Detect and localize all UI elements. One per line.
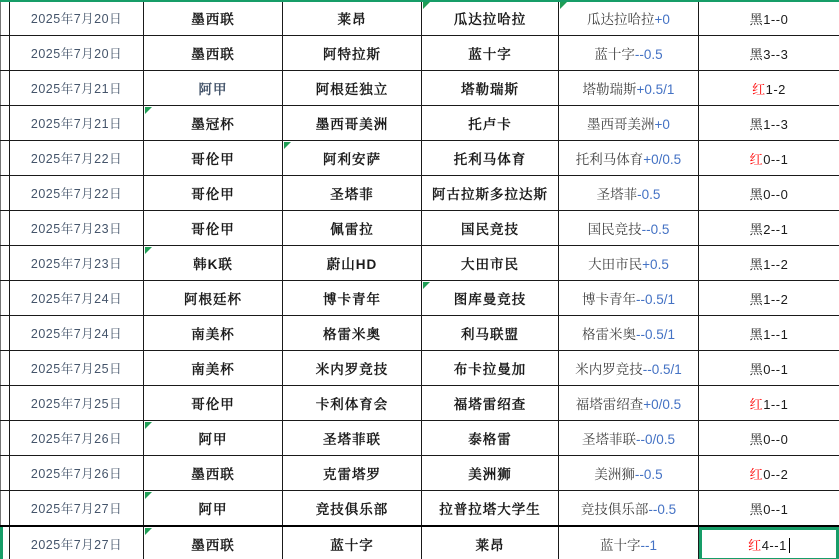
handicap-value-text: +0.5 xyxy=(642,257,669,272)
handicap-team-text: 美洲狮 xyxy=(594,467,635,482)
handicap-value-text: --0.5 xyxy=(648,502,676,517)
result-flag-text: 红 xyxy=(748,538,762,553)
cell-league[interactable]: 阿甲 xyxy=(144,71,283,106)
cell-handicap[interactable]: 墨西哥美洲+0 xyxy=(559,106,699,141)
error-indicator-triangle xyxy=(145,247,152,254)
handicap-value-text: +0/0.5 xyxy=(643,397,681,412)
table-row: 2025年7月23日哥伦甲佩雷拉国民竞技国民竞技--0.5黑2--1 xyxy=(1,211,839,246)
home-team-text: 阿根廷独立 xyxy=(316,82,389,97)
cell-date[interactable]: 2025年7月26日 xyxy=(10,421,144,456)
cell-result[interactable]: 黑2--1 xyxy=(699,211,839,246)
date-text: 2025年7月27日 xyxy=(31,538,122,552)
date-text: 2025年7月27日 xyxy=(31,502,122,516)
cell-away-team[interactable]: 莱昂 xyxy=(422,526,559,559)
result-score-text: 1-2 xyxy=(766,82,786,97)
date-text: 2025年7月24日 xyxy=(31,327,122,341)
cell-away-team[interactable]: 拉普拉塔大学生 xyxy=(422,491,559,527)
error-indicator-triangle xyxy=(145,422,152,429)
handicap-team-text: 米内罗竞技 xyxy=(575,362,643,377)
cell-result[interactable]: 黑1--0 xyxy=(699,1,839,36)
top-selection-edge-line xyxy=(0,0,839,2)
handicap-value-text: -0.5 xyxy=(637,187,660,202)
gutter-cell[interactable] xyxy=(1,456,10,491)
handicap-team-text: 圣塔菲 xyxy=(597,187,638,202)
home-team-text: 克雷塔罗 xyxy=(323,467,381,482)
cell-result[interactable]: 红4--1 xyxy=(699,526,839,559)
match-results-table: 2025年7月20日墨西联莱昂瓜达拉哈拉瓜达拉哈拉+0黑1--02025年7月2… xyxy=(0,0,839,559)
cell-date[interactable]: 2025年7月27日 xyxy=(10,491,144,527)
cell-home-team[interactable]: 莱昂 xyxy=(283,1,422,36)
cell-handicap[interactable]: 托利马体育+0/0.5 xyxy=(559,141,699,176)
gutter-cell[interactable] xyxy=(1,246,10,281)
away-team-text: 瓜达拉哈拉 xyxy=(454,12,527,27)
cell-league[interactable]: 阿根廷杯 xyxy=(144,281,283,316)
table-row: 2025年7月21日墨冠杯墨西哥美洲托卢卡墨西哥美洲+0黑1--3 xyxy=(1,106,839,141)
cell-league[interactable]: 墨西联 xyxy=(144,36,283,71)
cell-away-team[interactable]: 托卢卡 xyxy=(422,106,559,141)
cell-date[interactable]: 2025年7月21日 xyxy=(10,71,144,106)
error-indicator-triangle xyxy=(145,107,152,114)
league-text: 南美杯 xyxy=(191,362,235,377)
league-text: 哥伦甲 xyxy=(191,187,235,202)
cell-date[interactable]: 2025年7月22日 xyxy=(10,141,144,176)
away-team-text: 托卢卡 xyxy=(468,117,512,132)
home-team-text: 阿特拉斯 xyxy=(323,47,381,62)
table-row: 2025年7月27日阿甲竞技俱乐部拉普拉塔大学生竞技俱乐部--0.5黑0--1 xyxy=(1,491,839,527)
text-cursor xyxy=(789,538,790,553)
result-score-text: 0--1 xyxy=(763,152,788,167)
away-team-text: 蓝十字 xyxy=(468,47,512,62)
cell-handicap[interactable]: 圣塔菲联--0/0.5 xyxy=(559,421,699,456)
date-text: 2025年7月20日 xyxy=(31,47,122,61)
handicap-value-text: --0/0.5 xyxy=(636,432,675,447)
cell-handicap[interactable]: 塔勒瑞斯+0.5/1 xyxy=(559,71,699,106)
result-score-text: 0--2 xyxy=(763,467,788,482)
date-text: 2025年7月22日 xyxy=(31,152,122,166)
result-flag-text: 红 xyxy=(752,82,766,97)
home-team-text: 蔚山HD xyxy=(327,257,378,272)
table-row: 2025年7月26日墨西联克雷塔罗美洲狮美洲狮--0.5红0--2 xyxy=(1,456,839,491)
away-team-text: 莱昂 xyxy=(476,538,505,553)
handicap-team-text: 圣塔菲联 xyxy=(582,432,636,447)
date-text: 2025年7月23日 xyxy=(31,257,122,271)
handicap-team-text: 大田市民 xyxy=(588,257,642,272)
result-flag-text: 黑 xyxy=(750,12,764,27)
league-text: 墨西联 xyxy=(191,538,235,553)
cell-date[interactable]: 2025年7月24日 xyxy=(10,316,144,351)
home-team-text: 博卡青年 xyxy=(323,292,381,307)
handicap-value-text: --0.5 xyxy=(635,47,663,62)
result-flag-text: 红 xyxy=(750,467,764,482)
league-text: 阿甲 xyxy=(199,432,228,447)
spreadsheet-viewport: 2025年7月20日墨西联莱昂瓜达拉哈拉瓜达拉哈拉+0黑1--02025年7月2… xyxy=(0,0,839,559)
home-team-text: 蓝十字 xyxy=(330,538,374,553)
cell-result[interactable]: 黑0--1 xyxy=(699,491,839,527)
handicap-value-text: +0 xyxy=(655,117,670,132)
handicap-team-text: 竞技俱乐部 xyxy=(581,502,649,517)
cell-league[interactable]: 阿甲 xyxy=(144,421,283,456)
handicap-value-text: --1 xyxy=(641,538,658,553)
table-row: 2025年7月20日墨西联莱昂瓜达拉哈拉瓜达拉哈拉+0黑1--0 xyxy=(1,1,839,36)
result-score-text: 0--1 xyxy=(763,362,788,377)
date-text: 2025年7月24日 xyxy=(31,292,122,306)
cell-away-team[interactable]: 泰格雷 xyxy=(422,421,559,456)
away-team-text: 拉普拉塔大学生 xyxy=(439,502,541,517)
home-team-text: 卡利体育会 xyxy=(316,397,389,412)
error-indicator-triangle xyxy=(145,492,152,499)
cell-date[interactable]: 2025年7月23日 xyxy=(10,211,144,246)
result-flag-text: 红 xyxy=(750,397,764,412)
gutter-cell[interactable] xyxy=(1,211,10,246)
cell-home-team[interactable]: 格雷米奥 xyxy=(283,316,422,351)
cell-result[interactable]: 红1-2 xyxy=(699,71,839,106)
date-text: 2025年7月22日 xyxy=(31,187,122,201)
away-team-text: 托利马体育 xyxy=(454,152,527,167)
cell-away-team[interactable]: 托利马体育 xyxy=(422,141,559,176)
away-team-text: 国民竞技 xyxy=(461,222,519,237)
home-team-text: 阿利安萨 xyxy=(323,152,381,167)
cell-date[interactable]: 2025年7月21日 xyxy=(10,106,144,141)
handicap-team-text: 蓝十字 xyxy=(600,538,641,553)
home-team-text: 圣塔菲 xyxy=(330,187,374,202)
error-indicator-triangle xyxy=(145,528,152,535)
date-text: 2025年7月25日 xyxy=(31,397,122,411)
handicap-team-text: 托利马体育 xyxy=(576,152,644,167)
table-row: 2025年7月24日阿根廷杯博卡青年图库曼竞技博卡青年--0.5/1黑1--2 xyxy=(1,281,839,316)
table-row: 2025年7月26日阿甲圣塔菲联泰格雷圣塔菲联--0/0.5黑0--0 xyxy=(1,421,839,456)
result-score-text: 1--1 xyxy=(763,327,788,342)
cell-league[interactable]: 哥伦甲 xyxy=(144,176,283,211)
cell-result[interactable]: 黑0--1 xyxy=(699,351,839,386)
cell-home-team[interactable]: 阿利安萨 xyxy=(283,141,422,176)
cell-home-team[interactable]: 克雷塔罗 xyxy=(283,456,422,491)
league-text: 韩K联 xyxy=(193,257,233,272)
cell-handicap[interactable]: 美洲狮--0.5 xyxy=(559,456,699,491)
cell-home-team[interactable]: 圣塔菲联 xyxy=(283,421,422,456)
handicap-team-text: 蓝十字 xyxy=(594,47,635,62)
cell-home-team[interactable]: 蓝十字 xyxy=(283,526,422,559)
cell-league[interactable]: 韩K联 xyxy=(144,246,283,281)
cell-date[interactable]: 2025年7月20日 xyxy=(10,36,144,71)
away-team-text: 布卡拉曼加 xyxy=(454,362,527,377)
home-team-text: 格雷米奥 xyxy=(323,327,381,342)
handicap-team-text: 国民竞技 xyxy=(588,222,642,237)
result-score-text: 0--0 xyxy=(763,432,788,447)
left-selection-edge-line xyxy=(0,527,3,559)
cell-home-team[interactable]: 米内罗竞技 xyxy=(283,351,422,386)
gutter-cell[interactable] xyxy=(1,141,10,176)
result-flag-text: 黑 xyxy=(750,117,764,132)
league-text: 墨西联 xyxy=(191,12,235,27)
table-row: 2025年7月25日南美杯米内罗竞技布卡拉曼加米内罗竞技--0.5/1黑0--1 xyxy=(1,351,839,386)
home-team-text: 佩雷拉 xyxy=(330,222,374,237)
league-text: 哥伦甲 xyxy=(191,397,235,412)
cell-handicap[interactable]: 圣塔菲-0.5 xyxy=(559,176,699,211)
table-row: 2025年7月27日墨西联蓝十字莱昂蓝十字--1红4--1 xyxy=(1,526,839,559)
cell-date[interactable]: 2025年7月25日 xyxy=(10,351,144,386)
home-team-text: 竞技俱乐部 xyxy=(316,502,389,517)
cell-league[interactable]: 哥伦甲 xyxy=(144,211,283,246)
cell-away-team[interactable]: 利马联盟 xyxy=(422,316,559,351)
result-flag-text: 黑 xyxy=(750,257,764,272)
cell-league[interactable]: 墨冠杯 xyxy=(144,106,283,141)
cell-away-team[interactable]: 瓜达拉哈拉 xyxy=(422,1,559,36)
cell-home-team[interactable]: 卡利体育会 xyxy=(283,386,422,421)
handicap-team-text: 福塔雷绍查 xyxy=(576,397,644,412)
cell-result[interactable]: 红1--1 xyxy=(699,386,839,421)
cell-date[interactable]: 2025年7月23日 xyxy=(10,246,144,281)
gutter-cell[interactable] xyxy=(1,351,10,386)
cell-league[interactable]: 南美杯 xyxy=(144,316,283,351)
cell-away-team[interactable]: 国民竞技 xyxy=(422,211,559,246)
result-flag-text: 黑 xyxy=(750,292,764,307)
cell-handicap[interactable]: 竞技俱乐部--0.5 xyxy=(559,491,699,527)
league-text: 墨西联 xyxy=(191,47,235,62)
cell-league[interactable]: 墨西联 xyxy=(144,526,283,559)
away-team-text: 福塔雷绍查 xyxy=(454,397,527,412)
cell-league[interactable]: 阿甲 xyxy=(144,491,283,527)
cell-home-team[interactable]: 佩雷拉 xyxy=(283,211,422,246)
league-text: 墨西联 xyxy=(191,467,235,482)
result-flag-text: 黑 xyxy=(750,432,764,447)
cell-result[interactable]: 黑0--0 xyxy=(699,421,839,456)
cell-home-team[interactable]: 竞技俱乐部 xyxy=(283,491,422,527)
handicap-value-text: --0.5/1 xyxy=(643,362,682,377)
away-team-text: 泰格雷 xyxy=(468,432,512,447)
error-indicator-triangle xyxy=(423,282,430,289)
away-team-text: 利马联盟 xyxy=(461,327,519,342)
handicap-value-text: --0.5/1 xyxy=(636,292,675,307)
handicap-team-text: 博卡青年 xyxy=(582,292,636,307)
league-text: 阿根廷杯 xyxy=(184,292,242,307)
home-team-text: 莱昂 xyxy=(338,12,367,27)
date-text: 2025年7月21日 xyxy=(31,117,122,131)
cell-date[interactable]: 2025年7月20日 xyxy=(10,1,144,36)
cell-home-team[interactable]: 阿根廷独立 xyxy=(283,71,422,106)
cell-league[interactable]: 哥伦甲 xyxy=(144,386,283,421)
result-score-text: 4--1 xyxy=(762,538,787,553)
cell-away-team[interactable]: 图库曼竞技 xyxy=(422,281,559,316)
cell-result[interactable]: 黑0--0 xyxy=(699,176,839,211)
cell-away-team[interactable]: 布卡拉曼加 xyxy=(422,351,559,386)
error-indicator-triangle xyxy=(423,2,430,9)
table-row: 2025年7月24日南美杯格雷米奥利马联盟格雷米奥--0.5/1黑1--1 xyxy=(1,316,839,351)
cell-away-team[interactable]: 阿古拉斯多拉达斯 xyxy=(422,176,559,211)
league-text: 阿甲 xyxy=(199,502,228,517)
result-score-text: 0--1 xyxy=(763,502,788,517)
gutter-cell[interactable] xyxy=(1,316,10,351)
table-row: 2025年7月21日阿甲阿根廷独立塔勒瑞斯塔勒瑞斯+0.5/1红1-2 xyxy=(1,71,839,106)
cell-away-team[interactable]: 大田市民 xyxy=(422,246,559,281)
handicap-value-text: +0 xyxy=(655,12,670,27)
league-text: 哥伦甲 xyxy=(191,222,235,237)
handicap-value-text: +0/0.5 xyxy=(643,152,681,167)
cell-away-team[interactable]: 塔勒瑞斯 xyxy=(422,71,559,106)
away-team-text: 塔勒瑞斯 xyxy=(461,82,519,97)
date-text: 2025年7月21日 xyxy=(31,82,122,96)
cell-result[interactable]: 黑1--3 xyxy=(699,106,839,141)
cell-handicap[interactable]: 大田市民+0.5 xyxy=(559,246,699,281)
handicap-value-text: --0.5 xyxy=(635,467,663,482)
result-flag-text: 红 xyxy=(750,152,764,167)
cell-away-team[interactable]: 蓝十字 xyxy=(422,36,559,71)
date-text: 2025年7月25日 xyxy=(31,362,122,376)
result-score-text: 1--3 xyxy=(763,117,788,132)
table-row: 2025年7月23日韩K联蔚山HD大田市民大田市民+0.5黑1--2 xyxy=(1,246,839,281)
away-team-text: 阿古拉斯多拉达斯 xyxy=(432,187,548,202)
league-text: 哥伦甲 xyxy=(191,152,235,167)
error-indicator-triangle xyxy=(284,142,291,149)
gutter-cell[interactable] xyxy=(1,491,10,527)
handicap-value-text: --0.5 xyxy=(642,222,670,237)
result-score-text: 0--0 xyxy=(763,187,788,202)
gutter-cell[interactable] xyxy=(1,1,10,36)
handicap-value-text: --0.5/1 xyxy=(636,327,675,342)
league-text: 阿甲 xyxy=(199,82,228,97)
gutter-cell[interactable] xyxy=(1,176,10,211)
cell-league[interactable]: 哥伦甲 xyxy=(144,141,283,176)
gutter-cell[interactable] xyxy=(1,386,10,421)
cell-home-team[interactable]: 阿特拉斯 xyxy=(283,36,422,71)
result-flag-text: 黑 xyxy=(750,502,764,517)
cell-date[interactable]: 2025年7月25日 xyxy=(10,386,144,421)
cell-handicap[interactable]: 蓝十字--0.5 xyxy=(559,36,699,71)
cell-date[interactable]: 2025年7月27日 xyxy=(10,526,144,559)
cell-handicap[interactable]: 瓜达拉哈拉+0 xyxy=(559,1,699,36)
cell-league[interactable]: 南美杯 xyxy=(144,351,283,386)
cell-league[interactable]: 墨西联 xyxy=(144,456,283,491)
league-text: 南美杯 xyxy=(191,327,235,342)
gutter-cell[interactable] xyxy=(1,71,10,106)
result-score-text: 2--1 xyxy=(763,222,788,237)
away-team-text: 美洲狮 xyxy=(468,467,512,482)
cell-result[interactable]: 黑1--1 xyxy=(699,316,839,351)
cell-handicap[interactable]: 国民竞技--0.5 xyxy=(559,211,699,246)
date-text: 2025年7月26日 xyxy=(31,432,122,446)
cell-date[interactable]: 2025年7月22日 xyxy=(10,176,144,211)
home-team-text: 圣塔菲联 xyxy=(323,432,381,447)
cell-handicap[interactable]: 博卡青年--0.5/1 xyxy=(559,281,699,316)
away-team-text: 大田市民 xyxy=(461,257,519,272)
gutter-cell[interactable] xyxy=(1,106,10,141)
table-row: 2025年7月22日哥伦甲阿利安萨托利马体育托利马体育+0/0.5红0--1 xyxy=(1,141,839,176)
cell-home-team[interactable]: 墨西哥美洲 xyxy=(283,106,422,141)
cell-result[interactable]: 红0--2 xyxy=(699,456,839,491)
cell-away-team[interactable]: 福塔雷绍查 xyxy=(422,386,559,421)
cell-result[interactable]: 黑1--2 xyxy=(699,246,839,281)
cell-home-team[interactable]: 蔚山HD xyxy=(283,246,422,281)
result-score-text: 1--0 xyxy=(763,12,788,27)
cell-home-team[interactable]: 圣塔菲 xyxy=(283,176,422,211)
home-team-text: 墨西哥美洲 xyxy=(316,117,389,132)
error-indicator-triangle xyxy=(560,2,567,9)
cell-handicap[interactable]: 格雷米奥--0.5/1 xyxy=(559,316,699,351)
result-flag-text: 黑 xyxy=(750,362,764,377)
cell-result[interactable]: 红0--1 xyxy=(699,141,839,176)
cell-result[interactable]: 黑1--2 xyxy=(699,281,839,316)
gutter-cell[interactable] xyxy=(1,421,10,456)
result-flag-text: 黑 xyxy=(750,187,764,202)
result-flag-text: 黑 xyxy=(750,222,764,237)
result-score-text: 1--1 xyxy=(763,397,788,412)
date-text: 2025年7月20日 xyxy=(31,12,122,26)
home-team-text: 米内罗竞技 xyxy=(316,362,389,377)
cell-away-team[interactable]: 美洲狮 xyxy=(422,456,559,491)
handicap-team-text: 塔勒瑞斯 xyxy=(583,82,637,97)
cell-handicap[interactable]: 福塔雷绍查+0/0.5 xyxy=(559,386,699,421)
handicap-team-text: 格雷米奥 xyxy=(582,327,636,342)
date-text: 2025年7月26日 xyxy=(31,467,122,481)
cell-result[interactable]: 黑3--3 xyxy=(699,36,839,71)
result-flag-text: 黑 xyxy=(750,47,764,62)
table-row: 2025年7月20日墨西联阿特拉斯蓝十字蓝十字--0.5黑3--3 xyxy=(1,36,839,71)
handicap-team-text: 瓜达拉哈拉 xyxy=(587,12,655,27)
handicap-team-text: 墨西哥美洲 xyxy=(587,117,655,132)
gutter-cell[interactable] xyxy=(1,281,10,316)
cell-league[interactable]: 墨西联 xyxy=(144,1,283,36)
date-text: 2025年7月23日 xyxy=(31,222,122,236)
cell-date[interactable]: 2025年7月24日 xyxy=(10,281,144,316)
cell-handicap[interactable]: 米内罗竞技--0.5/1 xyxy=(559,351,699,386)
cell-handicap[interactable]: 蓝十字--1 xyxy=(559,526,699,559)
result-score-text: 1--2 xyxy=(763,257,788,272)
cell-home-team[interactable]: 博卡青年 xyxy=(283,281,422,316)
result-flag-text: 黑 xyxy=(750,327,764,342)
result-score-text: 1--2 xyxy=(763,292,788,307)
gutter-cell[interactable] xyxy=(1,36,10,71)
result-score-text: 3--3 xyxy=(763,47,788,62)
cell-date[interactable]: 2025年7月26日 xyxy=(10,456,144,491)
table-row: 2025年7月25日哥伦甲卡利体育会福塔雷绍查福塔雷绍查+0/0.5红1--1 xyxy=(1,386,839,421)
league-text: 墨冠杯 xyxy=(191,117,235,132)
table-row: 2025年7月22日哥伦甲圣塔菲阿古拉斯多拉达斯圣塔菲-0.5黑0--0 xyxy=(1,176,839,211)
away-team-text: 图库曼竞技 xyxy=(454,292,527,307)
handicap-value-text: +0.5/1 xyxy=(637,82,675,97)
